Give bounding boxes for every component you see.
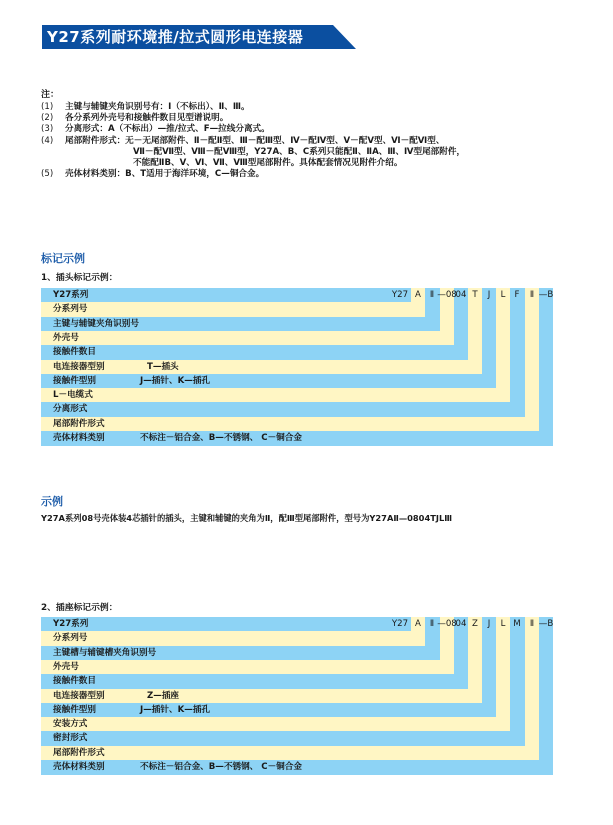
note-text: 各分系列外壳号和接触件数目见型谱说明。 — [65, 113, 228, 123]
code-column — [411, 288, 425, 317]
note-item: (4)尾部附件形式：无－无尾部附件、Ⅱ－配Ⅱ型、Ⅲ－配Ⅲ型、Ⅳ－配Ⅳ型、Ⅴ－配Ⅴ… — [41, 136, 465, 147]
row-bar — [41, 417, 539, 432]
code-segment: —08 — [435, 288, 459, 302]
row-label: 尾部附件形式 — [53, 417, 105, 431]
row-bar — [41, 631, 425, 646]
code-segment: —B — [534, 617, 558, 631]
note-number: (2) — [41, 113, 65, 124]
page-title: Y27系列耐环境推/拉式圆形电连接器 — [47, 27, 303, 47]
row-label: 接触件型别 — [53, 703, 96, 717]
code-segment: 04 — [449, 288, 473, 302]
code-column — [539, 617, 553, 774]
row-bar — [41, 760, 553, 775]
code-column — [510, 617, 525, 746]
row-bar — [41, 374, 496, 389]
code-column — [440, 617, 454, 674]
row-label: 外壳号 — [53, 331, 79, 345]
row-bar — [41, 388, 510, 403]
row-bar — [41, 345, 468, 360]
row-label: 分系列号 — [53, 631, 87, 645]
note-text: 壳体材料类别：B、T适用于海洋环境，C—铜合金。 — [65, 169, 264, 179]
row-label: 安装方式 — [53, 717, 87, 731]
code-column — [525, 617, 539, 760]
section-title-example: 示例 — [41, 493, 63, 509]
row-label: 电连接器型别 — [53, 689, 105, 703]
code-segment: A — [406, 288, 430, 302]
row-bar — [41, 703, 496, 718]
code-column — [482, 288, 496, 388]
row-bar — [41, 746, 539, 761]
code-segment: 04 — [449, 617, 473, 631]
note-number: (5) — [41, 169, 65, 180]
code-segment: Ⅱ — [520, 288, 544, 302]
code-segment: F — [505, 288, 529, 302]
row-label: 外壳号 — [53, 660, 79, 674]
row-label: 壳体材料类别 — [53, 760, 105, 774]
code-segment: L — [491, 288, 515, 302]
note-number: (4) — [41, 136, 65, 147]
row-bar — [41, 617, 411, 632]
row-label: Y27系列 — [53, 617, 88, 631]
code-column — [425, 617, 440, 660]
row-label: 分系列号 — [53, 302, 87, 316]
row-label: 接触件数目 — [53, 345, 96, 359]
code-column — [468, 617, 482, 703]
row-bar — [41, 360, 482, 375]
row-bar — [41, 689, 482, 704]
row-label: 电连接器型别 — [53, 360, 105, 374]
note-item: (1)主键与辅键夹角识别号有：I（不标出）、Ⅱ、Ⅲ。 — [41, 102, 465, 113]
code-segment: —B — [534, 288, 558, 302]
row-label: 主键槽与辅键槽夹角识别号 — [53, 646, 156, 660]
code-column — [510, 288, 525, 417]
row-description: 不标注－铝合金、B—不锈钢、 C－铜合金 — [140, 760, 302, 774]
code-segment: J — [477, 288, 501, 302]
row-description: Z—插座 — [147, 689, 179, 703]
code-column — [482, 617, 496, 717]
code-segment: Y27 — [388, 617, 412, 631]
row-description: T—插头 — [147, 360, 179, 374]
note-text: 主键与辅键夹角识别号有：I（不标出）、Ⅱ、Ⅲ。 — [65, 102, 250, 112]
code-segment: Ⅱ — [420, 288, 444, 302]
code-segment: Ⅱ — [520, 617, 544, 631]
code-segment: L — [491, 617, 515, 631]
row-label: 接触件型别 — [53, 374, 96, 388]
code-column — [496, 617, 510, 731]
notes-label: 注： — [41, 87, 59, 100]
note-continuation: 不能配ⅡB、Ⅴ、Ⅵ、Ⅶ、Ⅷ型尾部附件。具体配套情况见附件介绍。 — [41, 158, 465, 169]
note-number: (1) — [41, 102, 65, 113]
code-segment: Y27 — [388, 288, 412, 302]
code-column — [411, 617, 425, 646]
row-description: J—插针、K—插孔 — [140, 703, 210, 717]
code-segment: —08 — [435, 617, 459, 631]
code-segment: Ⅱ — [420, 617, 444, 631]
note-item: (5)壳体材料类别：B、T适用于海洋环境，C—铜合金。 — [41, 169, 465, 180]
note-text: 尾部附件形式：无－无尾部附件、Ⅱ－配Ⅱ型、Ⅲ－配Ⅲ型、Ⅳ－配Ⅳ型、Ⅴ－配Ⅴ型、Ⅵ… — [65, 136, 444, 146]
row-bar — [41, 674, 468, 689]
note-item: (2)各分系列外壳号和接触件数目见型谱说明。 — [41, 113, 465, 124]
code-segment: J — [477, 617, 501, 631]
row-label: 接触件数目 — [53, 674, 96, 688]
title-banner: Y27系列耐环境推/拉式圆形电连接器 — [42, 25, 356, 49]
row-label: 主键与辅键夹角识别号 — [53, 317, 139, 331]
row-label: 尾部附件形式 — [53, 746, 105, 760]
example-text: Y27A系列08号壳体装4芯插针的插头，主键和辅键的夹角为Ⅱ，配Ⅲ型尾部附件，型… — [41, 512, 452, 524]
section-title-marking: 标记示例 — [41, 250, 85, 266]
notes-list: (1)主键与辅键夹角识别号有：I（不标出）、Ⅱ、Ⅲ。 (2)各分系列外壳号和接触… — [41, 102, 465, 180]
row-description: 不标注－铝合金、B—不锈钢、 C－铜合金 — [140, 431, 302, 445]
note-text: 分离形式：A（不标出）—推/拉式、F—拉线分离式。 — [65, 124, 270, 134]
row-label: 分离形式 — [53, 402, 87, 416]
code-column — [496, 288, 510, 402]
code-segment: Z — [463, 617, 487, 631]
row-label: 密封形式 — [53, 731, 87, 745]
code-column — [454, 288, 468, 360]
note-continuation: Ⅶ－配Ⅶ型、Ⅷ－配Ⅷ型，Y27A、B、C系列只能配Ⅱ、ⅡA、Ⅲ、Ⅳ型尾部附件， — [41, 147, 465, 158]
code-column — [425, 288, 440, 331]
row-bar — [41, 288, 411, 303]
code-segment: A — [406, 617, 430, 631]
row-label: L－电缆式 — [53, 388, 93, 402]
code-column — [440, 288, 454, 345]
note-item: (3)分离形式：A（不标出）—推/拉式、F—拉线分离式。 — [41, 124, 465, 135]
plug-subtitle: 1、插头标记示例： — [41, 270, 118, 283]
row-label: 壳体材料类别 — [53, 431, 105, 445]
row-bar — [41, 302, 425, 317]
code-column — [525, 288, 539, 431]
row-description: J—插针、K—插孔 — [140, 374, 210, 388]
row-bar — [41, 717, 510, 732]
code-column — [468, 288, 482, 374]
code-segment: M — [505, 617, 529, 631]
code-column — [539, 288, 553, 445]
row-bar — [41, 731, 525, 746]
code-segment: T — [463, 288, 487, 302]
row-bar — [41, 660, 454, 675]
note-number: (3) — [41, 124, 65, 135]
row-label: Y27系列 — [53, 288, 88, 302]
row-bar — [41, 402, 525, 417]
receptacle-subtitle: 2、插座标记示例： — [41, 600, 118, 613]
row-bar — [41, 331, 454, 346]
row-bar — [41, 431, 553, 446]
code-column — [454, 617, 468, 689]
